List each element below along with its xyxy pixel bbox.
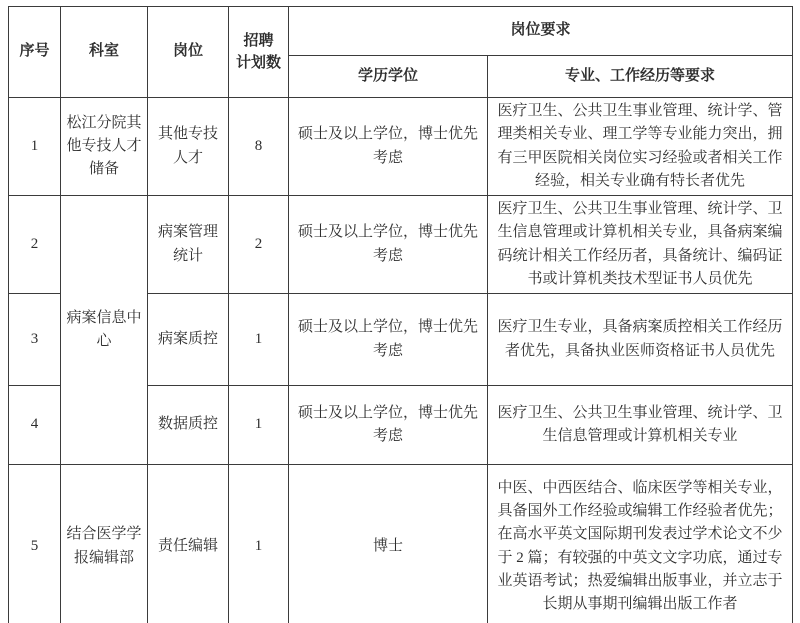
cell-requirements: 医疗卫生、公共卫生事业管理、统计学、卫生信息管理或计算机相关专业 [488, 386, 793, 465]
cell-requirements: 医疗卫生、公共卫生事业管理、统计学、卫生信息管理或计算机相关专业，具备病案编码统… [488, 196, 793, 294]
col-header-department: 科室 [61, 7, 148, 98]
cell-department: 松江分院其他专技人才储备 [61, 98, 148, 196]
cell-quota: 1 [229, 386, 289, 465]
cell-department: 结合医学学报编辑部 [61, 465, 148, 623]
table-row: 1 松江分院其他专技人才储备 其他专技人才 8 硕士及以上学位，博士优先考虑 医… [9, 98, 793, 196]
cell-quota: 1 [229, 294, 289, 386]
col-header-position: 岗位 [148, 7, 229, 98]
recruitment-table-page: 序号 科室 岗位 招聘 计划数 岗位要求 学历学位 专业、工作经历等要求 1 松… [0, 0, 800, 623]
col-header-no: 序号 [9, 7, 61, 98]
quota-header-line2: 计划数 [233, 52, 284, 75]
cell-education: 硕士及以上学位，博士优先考虑 [289, 196, 488, 294]
cell-position: 数据质控 [148, 386, 229, 465]
cell-education: 博士 [289, 465, 488, 623]
cell-no: 3 [9, 294, 61, 386]
col-header-major: 专业、工作经历等要求 [488, 56, 793, 98]
recruitment-table: 序号 科室 岗位 招聘 计划数 岗位要求 学历学位 专业、工作经历等要求 1 松… [8, 6, 793, 623]
cell-education: 硕士及以上学位，博士优先考虑 [289, 98, 488, 196]
table-row: 2 病案信息中心 病案管理统计 2 硕士及以上学位，博士优先考虑 医疗卫生、公共… [9, 196, 793, 294]
cell-quota: 1 [229, 465, 289, 623]
table-row: 5 结合医学学报编辑部 责任编辑 1 博士 中医、中西医结合、临床医学等相关专业… [9, 465, 793, 623]
cell-no: 4 [9, 386, 61, 465]
cell-requirements: 中医、中西医结合、临床医学等相关专业，具备国外工作经验或编辑工作经验者优先；在高… [488, 465, 793, 623]
cell-no: 2 [9, 196, 61, 294]
quota-header-line1: 招聘 [233, 30, 284, 53]
header-row-top: 序号 科室 岗位 招聘 计划数 岗位要求 [9, 7, 793, 56]
col-header-education: 学历学位 [289, 56, 488, 98]
cell-no: 5 [9, 465, 61, 623]
col-header-requirements-group: 岗位要求 [289, 7, 793, 56]
cell-requirements: 医疗卫生专业，具备病案质控相关工作经历者优先，具备执业医师资格证书人员优先 [488, 294, 793, 386]
cell-position: 责任编辑 [148, 465, 229, 623]
cell-quota: 2 [229, 196, 289, 294]
cell-no: 1 [9, 98, 61, 196]
cell-position: 病案质控 [148, 294, 229, 386]
cell-position: 其他专技人才 [148, 98, 229, 196]
cell-department-merged: 病案信息中心 [61, 196, 148, 465]
cell-requirements: 医疗卫生、公共卫生事业管理、统计学、管理类相关专业、理工学等专业能力突出，拥有三… [488, 98, 793, 196]
cell-position: 病案管理统计 [148, 196, 229, 294]
cell-education: 硕士及以上学位，博士优先考虑 [289, 294, 488, 386]
col-header-quota: 招聘 计划数 [229, 7, 289, 98]
cell-quota: 8 [229, 98, 289, 196]
cell-education: 硕士及以上学位，博士优先考虑 [289, 386, 488, 465]
